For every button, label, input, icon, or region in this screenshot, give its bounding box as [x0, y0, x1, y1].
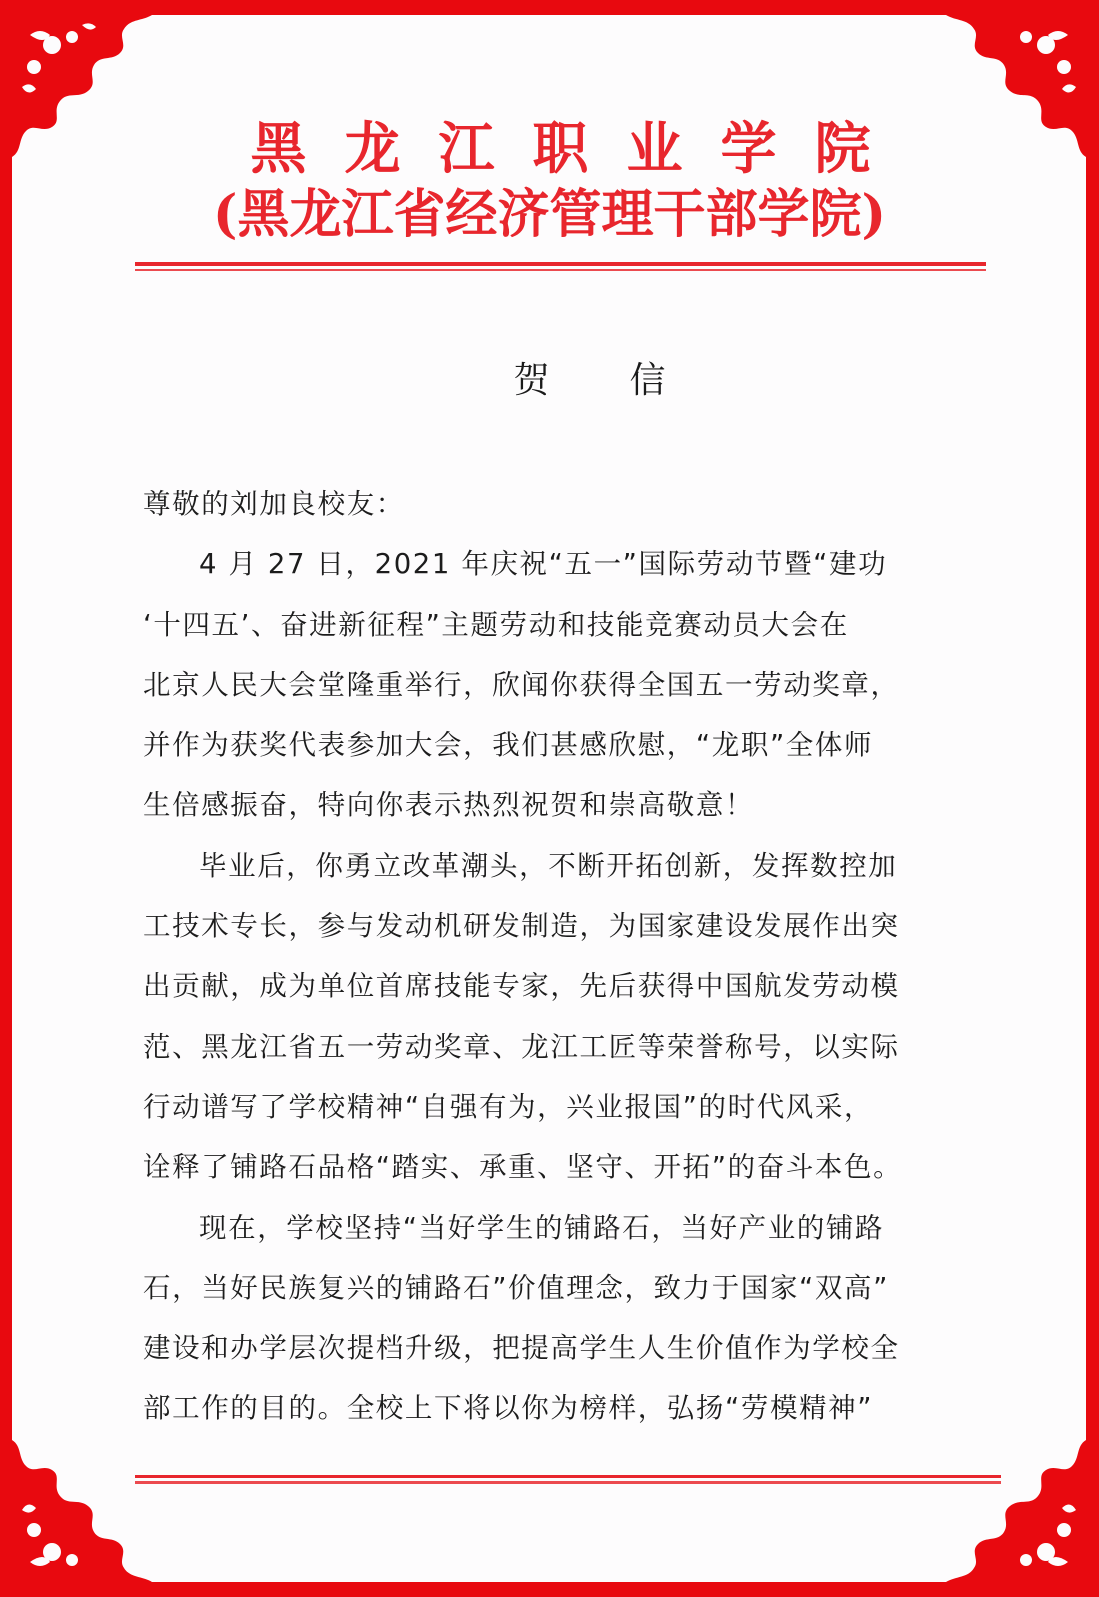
institution-name: 黑龙江职业学院	[0, 116, 1099, 182]
letter-line: 现在，学校坚持“当好学生的铺路石，当好产业的铺路	[143, 1198, 943, 1258]
letter-line: 4 月 27 日，2021 年庆祝“五一”国际劳动节暨“建功	[143, 534, 943, 594]
letter-line: 建设和办学层次提档升级，把提高学生人生价值作为学校全	[143, 1318, 943, 1378]
letter-line: 石，当好民族复兴的铺路石”价值理念，致力于国家“双高”	[143, 1258, 943, 1318]
footer-divider	[135, 1475, 1001, 1484]
letter-line: 诠释了铺路石品格“踏实、承重、坚守、开拓”的奋斗本色。	[143, 1137, 943, 1197]
letter-title: 贺信	[0, 352, 1099, 403]
papercut-corner-ornament-icon	[936, 1432, 1086, 1582]
letter-line: 部工作的目的。全校上下将以你为榜样，弘扬“劳模精神”	[143, 1378, 943, 1438]
letter-line: 行动谱写了学校精神“自强有为，兴业报国”的时代风采，	[143, 1077, 943, 1137]
letter-body: 尊敬的刘加良校友： 4 月 27 日，2021 年庆祝“五一”国际劳动节暨“建功…	[143, 474, 943, 1439]
letter-line: 范、黑龙江省五一劳动奖章、龙江工匠等荣誉称号，以实际	[143, 1017, 943, 1077]
letter-line: 生倍感振奋，特向你表示热烈祝贺和崇高敬意！	[143, 775, 943, 835]
letter-line: 毕业后，你勇立改革潮头，不断开拓创新，发挥数控加	[143, 836, 943, 896]
letter-line: 北京人民大会堂隆重举行，欣闻你获得全国五一劳动奖章，	[143, 655, 943, 715]
letter-line: 工技术专长，参与发动机研发制造，为国家建设发展作出突	[143, 896, 943, 956]
institution-alt-name: (黑龙江省经济管理干部学院)	[0, 183, 1099, 247]
letter-line: 出贡献，成为单位首席技能专家，先后获得中国航发劳动模	[143, 956, 943, 1016]
papercut-corner-ornament-icon	[12, 1432, 162, 1582]
letter-line: 并作为获奖代表参加大会，我们甚感欣慰，“龙职”全体师	[143, 715, 943, 775]
salutation: 尊敬的刘加良校友：	[143, 474, 943, 534]
masthead-divider	[135, 262, 986, 271]
letter-line: ‘十四五’、奋进新征程”主题劳动和技能竞赛动员大会在	[143, 595, 943, 655]
